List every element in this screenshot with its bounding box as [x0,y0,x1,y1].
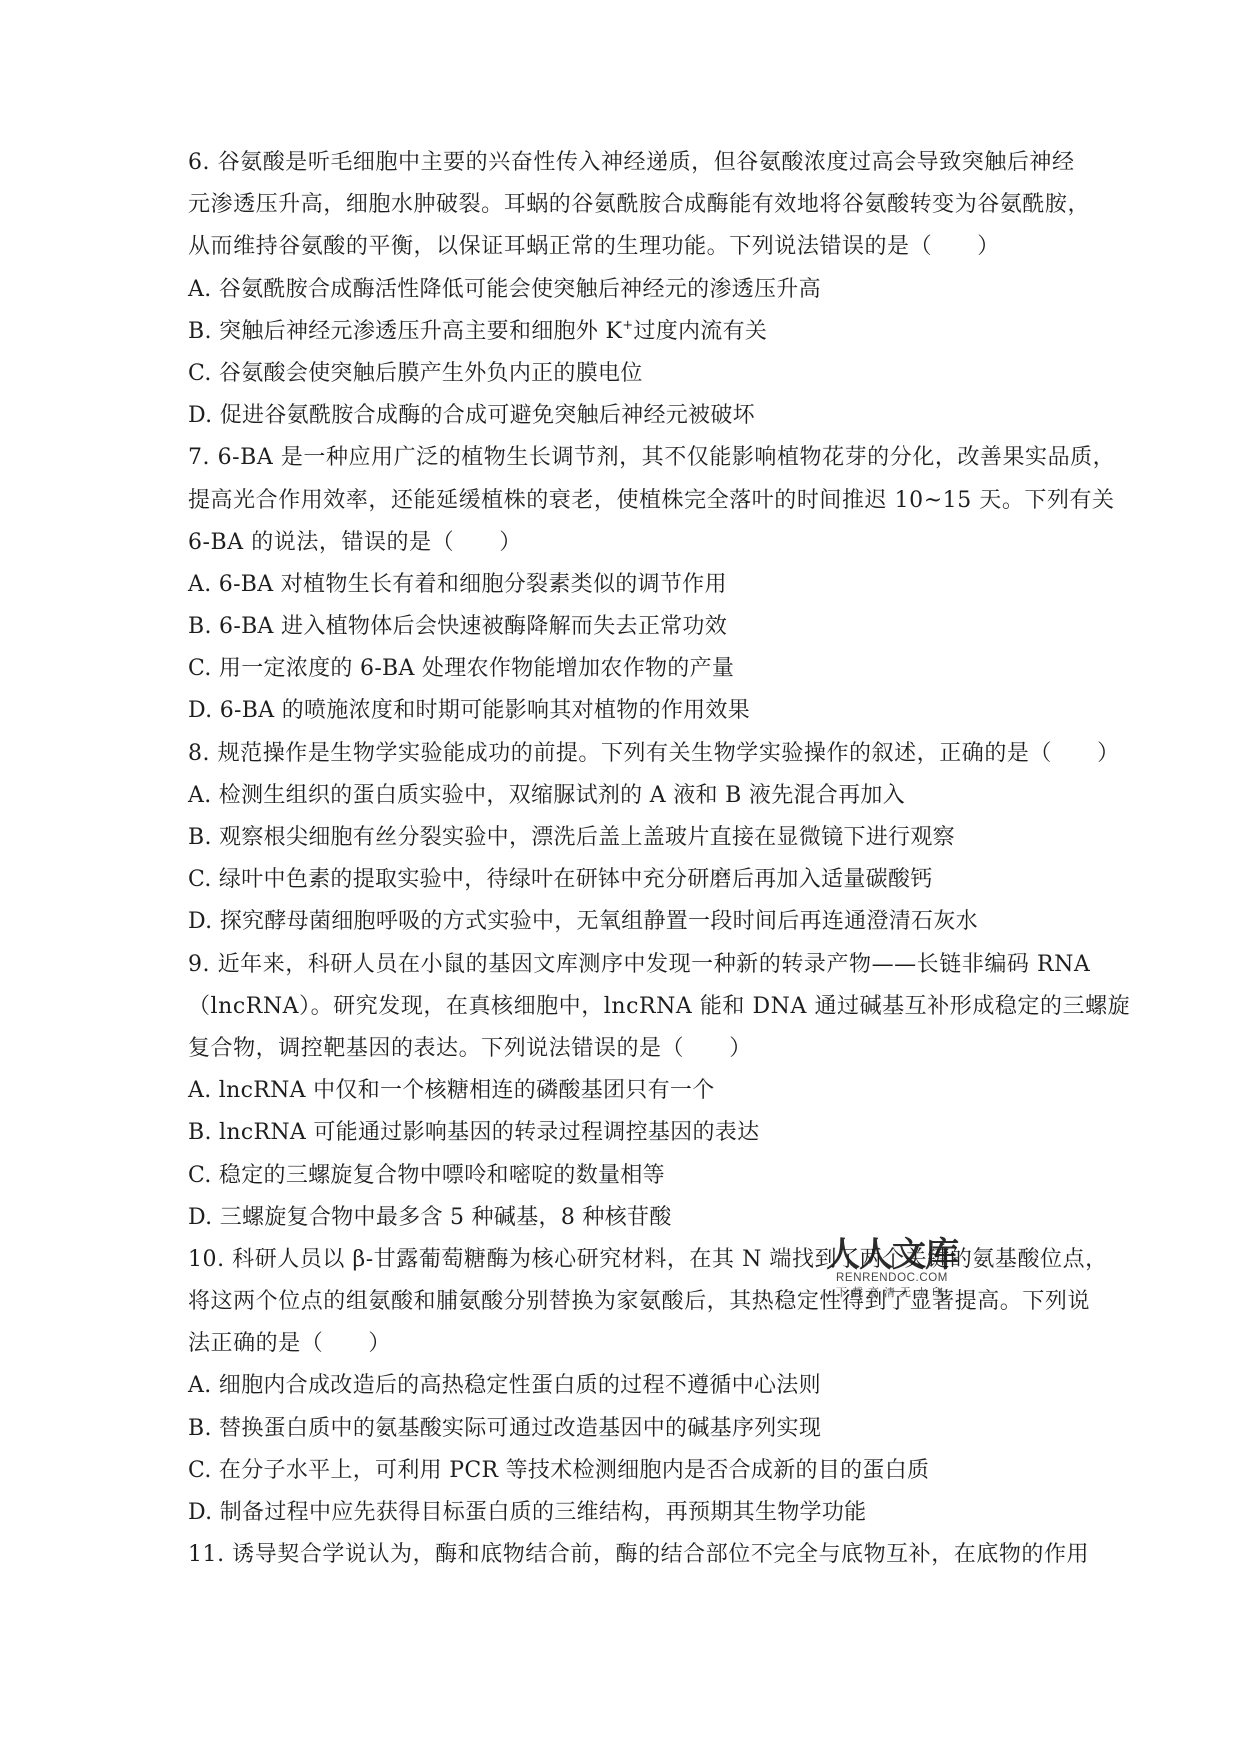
option-a: A. lncRNA 中仅和一个核糖相连的磷酸基团只有一个 [188,1070,1054,1112]
question-stem-line: 提高光合作用效率，还能延缓植株的衰老，使植株完全落叶的时间推迟 10~15 天。… [188,480,1054,522]
option-c: C. 谷氨酸会使突触后膜产生外负内正的膜电位 [188,353,1054,395]
question-8: 8. 规范操作是生物学实验能成功的前提。下列有关生物学实验操作的叙述，正确的是（… [188,733,1054,944]
question-9: 9. 近年来，科研人员在小鼠的基因文库测序中发现一种新的转录产物——长链非编码 … [188,944,1054,1239]
option-b: B. 观察根尖细胞有丝分裂实验中，漂洗后盖上盖玻片直接在显微镜下进行观察 [188,817,1054,859]
option-c: C. 用一定浓度的 6-BA 处理农作物能增加农作物的产量 [188,648,1054,690]
question-stem-line: 法正确的是（ ） [188,1323,1054,1365]
question-stem-line: 6. 谷氨酸是听毛细胞中主要的兴奋性传入神经递质，但谷氨酸浓度过高会导致突触后神… [188,142,1054,184]
question-11: 11. 诱导契合学说认为，酶和底物结合前，酶的结合部位不完全与底物互补，在底物的… [188,1534,1054,1576]
option-b: B. 6-BA 进入植物体后会快速被酶降解而失去正常功效 [188,606,1054,648]
question-6: 6. 谷氨酸是听毛细胞中主要的兴奋性传入神经递质，但谷氨酸浓度过高会导致突触后神… [188,142,1054,437]
option-d: D. 探究酵母菌细胞呼吸的方式实验中，无氧组静置一段时间后再连通澄清石灰水 [188,901,1054,943]
question-stem-line: 复合物，调控靶基因的表达。下列说法错误的是（ ） [188,1028,1054,1070]
question-stem-line: 7. 6-BA 是一种应用广泛的植物生长调节剂，其不仅能影响植物花芽的分化，改善… [188,437,1054,479]
question-stem-line: 8. 规范操作是生物学实验能成功的前提。下列有关生物学实验操作的叙述，正确的是（… [188,733,1054,775]
question-stem-line: （lncRNA）。研究发现，在真核细胞中，lncRNA 能和 DNA 通过碱基互… [188,986,1054,1028]
option-b-text-after: 过度内流有关 [633,319,767,344]
option-b: B. 替换蛋白质中的氨基酸实际可通过改造基因中的碱基序列实现 [188,1408,1054,1450]
question-stem-line: 将这两个位点的组氨酸和脯氨酸分别替换为家氨酸后，其热稳定性得到了显著提高。下列说 [188,1281,1054,1323]
option-b-text: B. 突触后神经元渗透压升高主要和细胞外 K [188,319,622,344]
question-stem-line: 6-BA 的说法，错误的是（ ） [188,522,1054,564]
option-c: C. 稳定的三螺旋复合物中嘌呤和嘧啶的数量相等 [188,1155,1054,1197]
question-stem-line: 11. 诱导契合学说认为，酶和底物结合前，酶的结合部位不完全与底物互补，在底物的… [188,1534,1054,1576]
question-7: 7. 6-BA 是一种应用广泛的植物生长调节剂，其不仅能影响植物花芽的分化，改善… [188,437,1054,732]
option-d: D. 三螺旋复合物中最多含 5 种碱基，8 种核苷酸 [188,1197,1054,1239]
exam-page: 6. 谷氨酸是听毛细胞中主要的兴奋性传入神经递质，但谷氨酸浓度过高会导致突触后神… [188,142,1054,1576]
option-c: C. 绿叶中色素的提取实验中，待绿叶在研钵中充分研磨后再加入适量碳酸钙 [188,859,1054,901]
option-d: D. 促进谷氨酰胺合成酶的合成可避免突触后神经元被破坏 [188,395,1054,437]
option-d: D. 6-BA 的喷施浓度和时期可能影响其对植物的作用效果 [188,690,1054,732]
superscript-plus: + [622,318,633,333]
option-a: A. 检测生组织的蛋白质实验中，双缩脲试剂的 A 液和 B 液先混合再加入 [188,775,1054,817]
question-stem-line: 元渗透压升高，细胞水肿破裂。耳蜗的谷氨酰胺合成酶能有效地将谷氨酸转变为谷氨酰胺， [188,184,1054,226]
option-d: D. 制备过程中应先获得目标蛋白质的三维结构，再预期其生物学功能 [188,1492,1054,1534]
question-stem-line: 10. 科研人员以 β-甘露葡萄糖酶为核心研究材料，在其 N 端找到了两个关键的… [188,1239,1054,1281]
question-stem-line: 从而维持谷氨酸的平衡，以保证耳蜗正常的生理功能。下列说法错误的是（ ） [188,226,1054,268]
option-c: C. 在分子水平上，可利用 PCR 等技术检测细胞内是否合成新的目的蛋白质 [188,1450,1054,1492]
option-b: B. 突触后神经元渗透压升高主要和细胞外 K+过度内流有关 [188,311,1054,353]
question-10: 10. 科研人员以 β-甘露葡萄糖酶为核心研究材料，在其 N 端找到了两个关键的… [188,1239,1054,1534]
option-a: A. 6-BA 对植物生长有着和细胞分裂素类似的调节作用 [188,564,1054,606]
option-b: B. lncRNA 可能通过影响基因的转录过程调控基因的表达 [188,1112,1054,1154]
option-a: A. 细胞内合成改造后的高热稳定性蛋白质的过程不遵循中心法则 [188,1365,1054,1407]
question-stem-line: 9. 近年来，科研人员在小鼠的基因文库测序中发现一种新的转录产物——长链非编码 … [188,944,1054,986]
option-a: A. 谷氨酰胺合成酶活性降低可能会使突触后神经元的渗透压升高 [188,269,1054,311]
